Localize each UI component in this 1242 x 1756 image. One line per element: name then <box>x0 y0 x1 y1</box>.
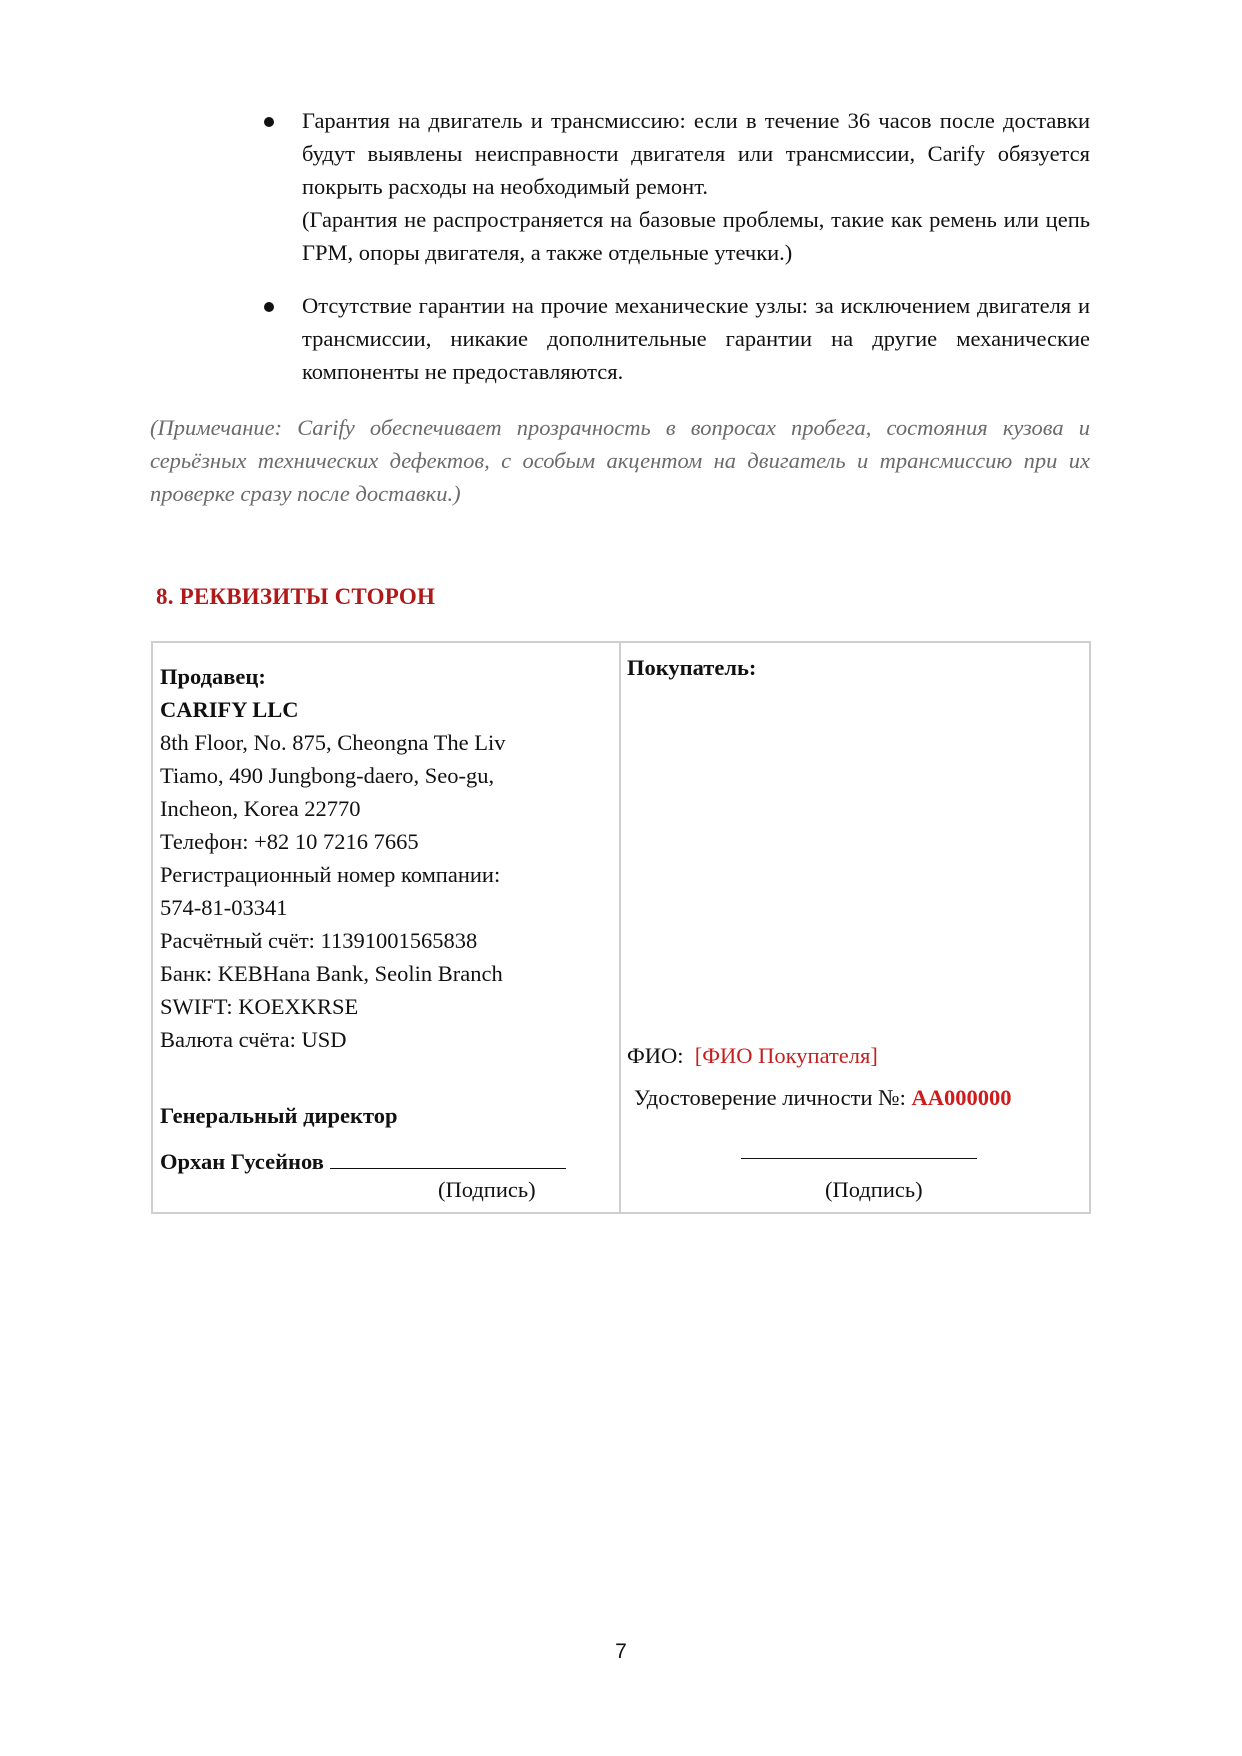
warranty-bullet-other: Отсутствие гарантии на прочие механическ… <box>262 289 1090 388</box>
seller-director-signature-row: Орхан Гусейнов <box>160 1142 609 1178</box>
seller-currency: Валюта счёта: USD <box>160 1023 609 1056</box>
seller-director-title: Генеральный директор <box>160 1099 609 1132</box>
bullet-text: Гарантия на двигатель и трансмиссию: есл… <box>302 104 1090 203</box>
bullet-dot-icon <box>264 302 274 312</box>
buyer-signature-line[interactable] <box>741 1158 977 1159</box>
seller-swift: SWIFT: KOEXKRSE <box>160 990 609 1023</box>
seller-company: CARIFY LLC <box>160 693 609 726</box>
seller-address-line: Incheon, Korea 22770 <box>160 792 609 825</box>
buyer-id-label: Удостоверение личности №: <box>634 1085 906 1110</box>
parties-table: Продавец: CARIFY LLC 8th Floor, No. 875,… <box>151 641 1091 1214</box>
bullet-subtext: (Гарантия не распространяется на базовые… <box>302 203 1090 269</box>
buyer-cell: Покупатель: ФИО: [ФИО Покупателя] Удосто… <box>620 642 1090 1213</box>
bullet-text: Отсутствие гарантии на прочие механическ… <box>302 289 1090 388</box>
buyer-fio-value[interactable]: [ФИО Покупателя] <box>695 1043 878 1068</box>
seller-bank: Банк: KEBHana Bank, Seolin Branch <box>160 957 609 990</box>
page-number: 7 <box>0 1640 1242 1664</box>
seller-signature-line[interactable] <box>330 1142 566 1169</box>
bullet-dot-icon <box>264 117 274 127</box>
section-title: 8. РЕКВИЗИТЫ СТОРОН <box>156 584 435 610</box>
buyer-id-row: Удостоверение личности №: AA000000 <box>634 1081 1011 1114</box>
seller-address-line: 8th Floor, No. 875, Cheongna The Liv <box>160 726 609 759</box>
seller-signature-caption: (Подпись) <box>438 1173 536 1206</box>
seller-director-name: Орхан Гусейнов <box>160 1149 324 1174</box>
seller-label: Продавец: <box>160 660 609 693</box>
buyer-label: Покупатель: <box>627 651 756 684</box>
note-paragraph: (Примечание: Carify обеспечивает прозрач… <box>150 411 1090 510</box>
warranty-bullet-engine: Гарантия на двигатель и трансмиссию: есл… <box>262 104 1090 269</box>
seller-reg-number: 574-81-03341 <box>160 891 609 924</box>
buyer-fio-row: ФИО: [ФИО Покупателя] <box>627 1039 878 1072</box>
seller-account: Расчётный счёт: 11391001565838 <box>160 924 609 957</box>
buyer-id-value[interactable]: AA000000 <box>911 1085 1011 1110</box>
buyer-fio-label: ФИО: <box>627 1043 684 1068</box>
buyer-signature-caption: (Подпись) <box>825 1173 923 1206</box>
seller-cell: Продавец: CARIFY LLC 8th Floor, No. 875,… <box>152 642 620 1213</box>
seller-phone: Телефон: +82 10 7216 7665 <box>160 825 609 858</box>
seller-address-line: Tiamo, 490 Jungbong-daero, Seo-gu, <box>160 759 609 792</box>
warranty-bullet-list: Гарантия на двигатель и трансмиссию: есл… <box>262 104 1090 408</box>
seller-reg-label: Регистрационный номер компании: <box>160 858 609 891</box>
